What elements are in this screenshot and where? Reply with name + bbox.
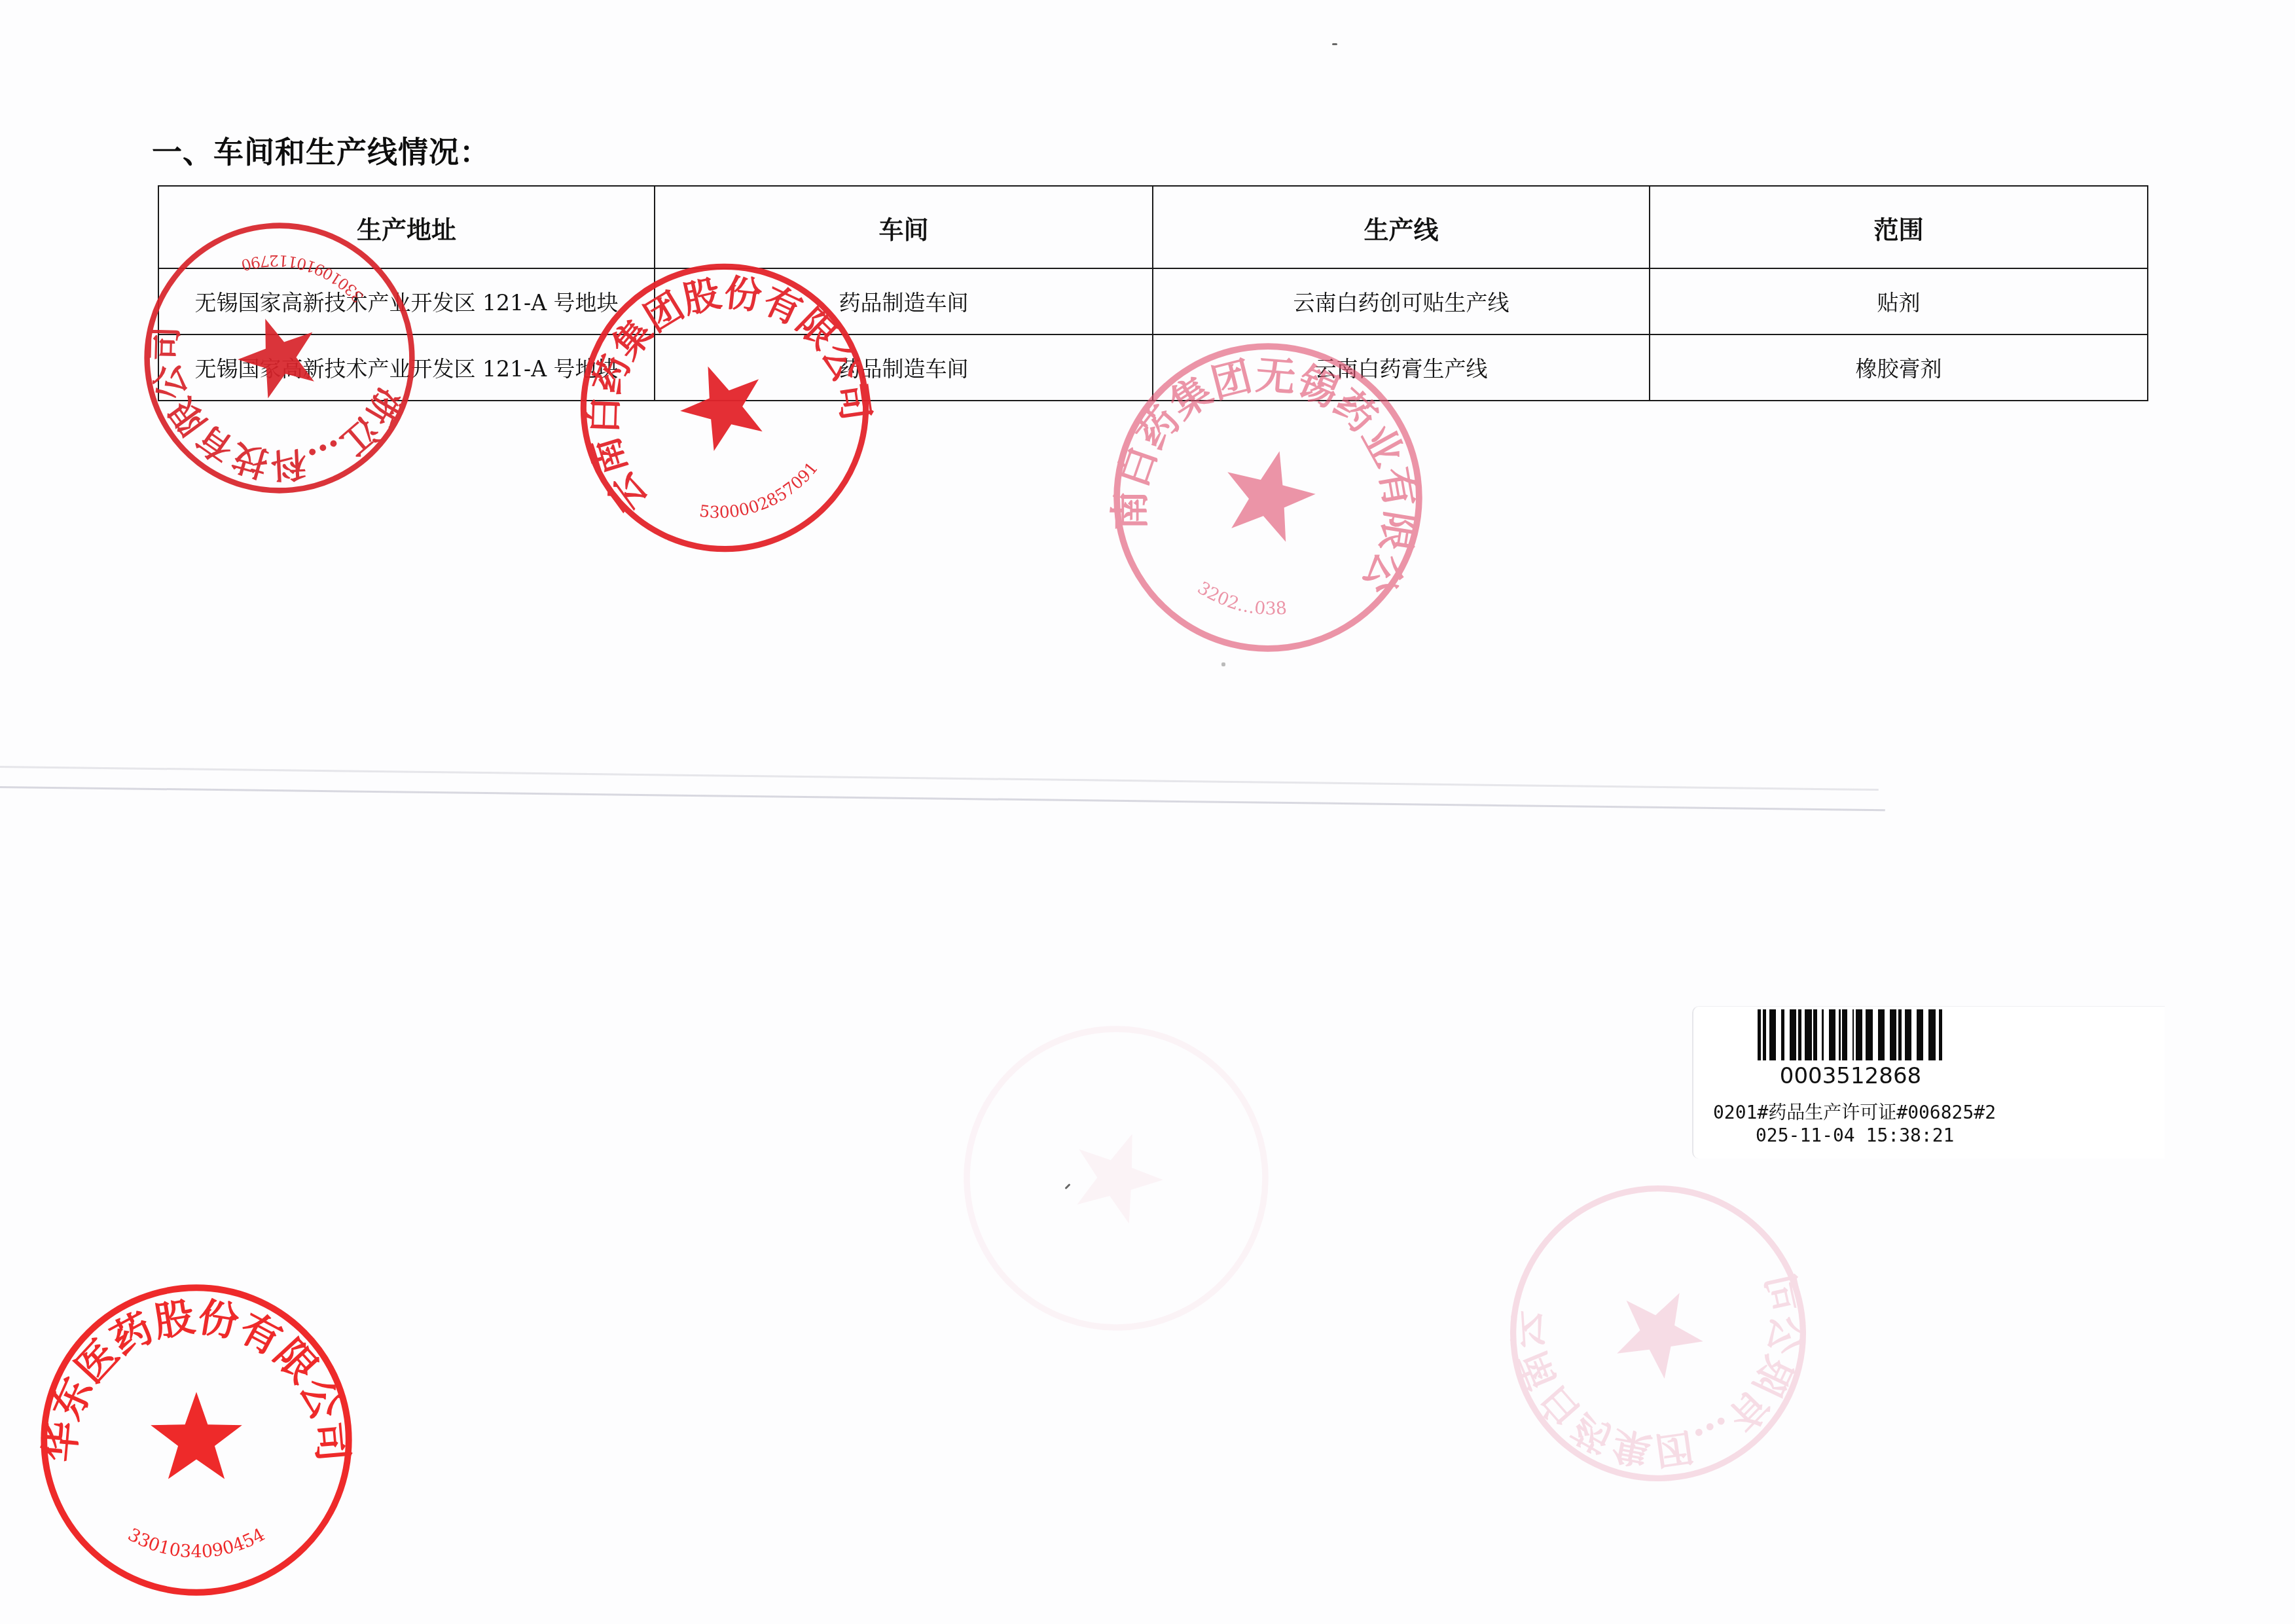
company-seal-stamp-bleedthrough: 云南白药集团…有限公司 <box>1506 1181 1811 1486</box>
column-header-address: 生产地址 <box>158 186 655 268</box>
cell-production-line: 云南白药膏生产线 <box>1153 334 1650 401</box>
table-header-row: 生产地址 车间 生产线 范围 <box>158 186 2148 268</box>
cell-address: 无锡国家高新技术产业开发区 121-A 号地块 <box>158 268 655 334</box>
svg-text:3202…038: 3202…038 <box>1192 576 1293 626</box>
company-seal-stamp: 华东医药股份有限公司3301034090454 <box>36 1280 357 1600</box>
column-header-workshop: 车间 <box>655 186 1153 268</box>
svg-text:3301034090454: 3301034090454 <box>124 1525 268 1562</box>
workshop-production-line-table: 生产地址 车间 生产线 范围 无锡国家高新技术产业开发区 121-A 号地块 药… <box>158 185 2148 401</box>
scan-speck <box>1064 1183 1070 1189</box>
fold-line <box>0 786 1885 811</box>
cell-workshop: 药品制造车间 <box>655 334 1153 401</box>
scan-speck <box>1332 43 1337 45</box>
barcode-label: 0003512868 0201#药品生产许可证#006825#2 025-11-… <box>1692 1006 2165 1159</box>
cell-scope: 贴剂 <box>1650 268 2148 334</box>
cell-address: 无锡国家高新技术产业开发区 121-A 号地块 <box>158 334 655 401</box>
scan-timestamp: 025-11-04 15:38:21 <box>1756 1125 1954 1146</box>
barcode-number: 0003512868 <box>1693 1063 2008 1089</box>
license-reference: 0201#药品生产许可证#006825#2 <box>1713 1098 1996 1125</box>
scan-speck <box>1221 662 1225 666</box>
svg-text:华东医药股份有限公司: 华东医药股份有限公司 <box>36 1293 357 1464</box>
table-row: 无锡国家高新技术产业开发区 121-A 号地块 药品制造车间 云南白药膏生产线 … <box>158 334 2148 401</box>
company-seal-stamp-bleedthrough <box>959 1021 1273 1335</box>
column-header-production-line: 生产线 <box>1153 186 1650 268</box>
svg-text:5300002857091: 5300002857091 <box>692 455 828 537</box>
svg-text:云南白药集团…有限公司: 云南白药集团…有限公司 <box>1500 1269 1829 1492</box>
cell-production-line: 云南白药创可贴生产线 <box>1153 268 1650 334</box>
cell-workshop: 药品制造车间 <box>655 268 1153 334</box>
fold-line <box>0 766 1879 791</box>
cell-scope: 橡胶膏剂 <box>1650 334 2148 401</box>
column-header-scope: 范围 <box>1650 186 2148 268</box>
section-heading: 一、车间和生产线情况： <box>152 128 490 171</box>
barcode-icon <box>1758 1009 1942 1060</box>
table-row: 无锡国家高新技术产业开发区 121-A 号地块 药品制造车间 云南白药创可贴生产… <box>158 268 2148 334</box>
